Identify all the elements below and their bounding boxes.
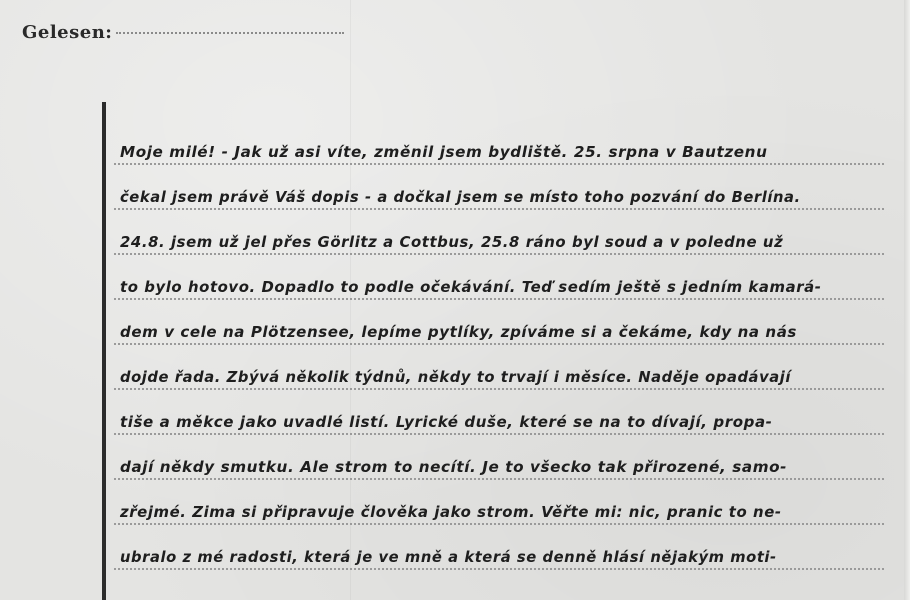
letter-line-text: tiše a měkce jako uvadlé listí. Lyrické … <box>120 413 773 431</box>
letter-line-text: ubralo z mé radosti, která je ve mně a k… <box>120 548 777 566</box>
letter-line-2: čekal jsem právě Váš dopis - a dočkal js… <box>114 165 884 210</box>
letter-line-4: to bylo hotovo. Dopadlo to podle očekává… <box>114 255 884 300</box>
letter-line-7: tiše a měkce jako uvadlé listí. Lyrické … <box>114 390 884 435</box>
letter-line-9: zřejmé. Zima si připravuje člověka jako … <box>114 480 884 525</box>
letter-line-10: ubralo z mé radosti, která je ve mně a k… <box>114 525 884 570</box>
letter-line-text: zřejmé. Zima si připravuje člověka jako … <box>120 503 782 521</box>
scanned-letter-page: Gelesen: Moje milé! - Jak už asi víte, z… <box>0 0 910 600</box>
letter-line-5: dem v cele na Plötzensee, lepíme pytlíky… <box>114 300 884 345</box>
gelesen-label: Gelesen: <box>22 22 112 43</box>
letter-line-text: Moje milé! - Jak už asi víte, změnil jse… <box>120 143 767 161</box>
letter-line-text: dají někdy smutku. Ale strom to necítí. … <box>120 458 787 476</box>
left-margin-rule <box>102 102 106 600</box>
letter-line-8: dají někdy smutku. Ale strom to necítí. … <box>114 435 884 480</box>
handwritten-letter-body: Moje milé! - Jak už asi víte, změnil jse… <box>114 0 884 600</box>
page-edge-shadow <box>904 0 910 600</box>
letter-line-3: 24.8. jsem už jel přes Görlitz a Cottbus… <box>114 210 884 255</box>
letter-line-text: to bylo hotovo. Dopadlo to podle očekává… <box>120 278 822 296</box>
letter-line-text: čekal jsem právě Váš dopis - a dočkal js… <box>120 188 801 206</box>
letter-line-6: dojde řada. Zbývá několik týdnů, někdy t… <box>114 345 884 390</box>
letter-line-text: dem v cele na Plötzensee, lepíme pytlíky… <box>120 323 797 341</box>
letter-line-1: Moje milé! - Jak už asi víte, změnil jse… <box>114 120 884 165</box>
letter-line-text: dojde řada. Zbývá několik týdnů, někdy t… <box>120 368 791 386</box>
letter-line-text: 24.8. jsem už jel přes Görlitz a Cottbus… <box>120 233 783 251</box>
